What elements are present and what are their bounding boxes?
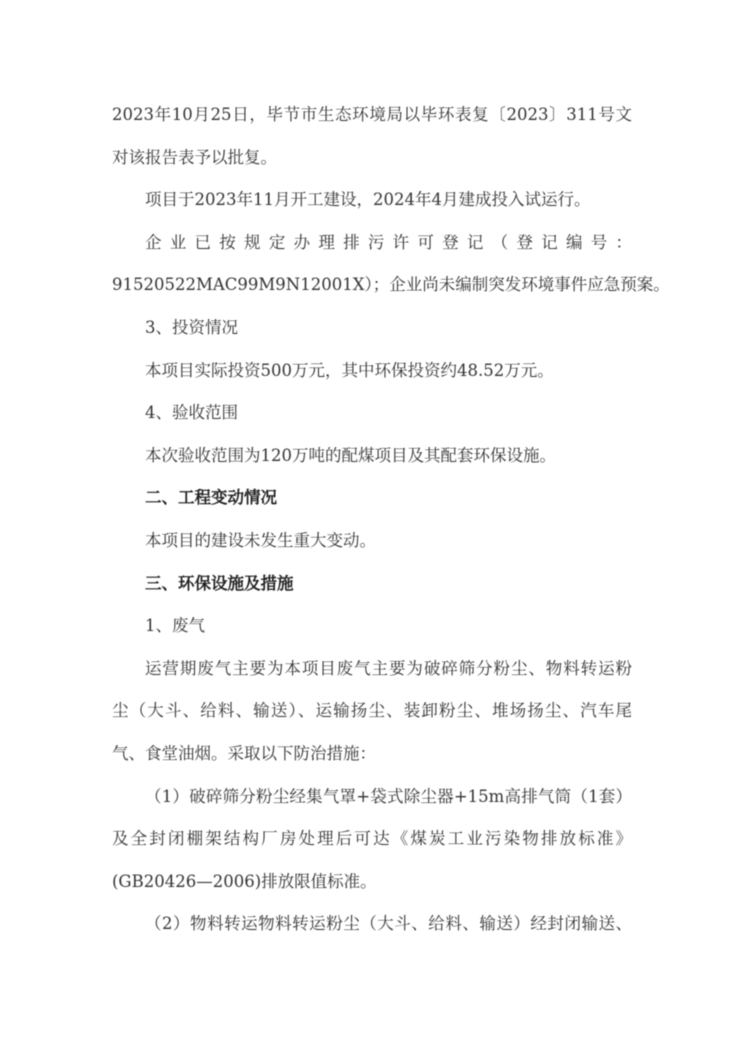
paragraph-line: 本项目实际投资500万元，其中环保投资约48.52万元。 [112, 350, 632, 393]
paragraph-line: （2）物料转运物料转运粉尘（大斗、给料、输送）经封闭输送、 [112, 903, 632, 946]
paragraph-line: 本项目的建设未发生重大变动。 [112, 520, 632, 563]
paragraph-line: 2023年10月25日，毕节市生态环境局以毕环表复〔2023〕311号文 [112, 94, 632, 137]
section-heading-investment: 3、投资情况 [112, 307, 632, 350]
paragraph-line: 项目于2023年11月开工建设，2024年4月建成投入试运行。 [112, 179, 632, 222]
paragraph-line: 及全封闭棚架结构厂房处理后可达《煤炭工业污染物排放标准》 [112, 818, 632, 861]
paragraph-line: 企业已按规定办理排污许可登记（登记编号： [112, 222, 632, 265]
section-heading-acceptance-scope: 4、验收范围 [112, 392, 632, 435]
paragraph-line: （1）破碎筛分粉尘经集气罩+袋式除尘器+15m高排气筒（1套） [112, 776, 632, 819]
paragraph-line: (GB20426—2006)排放限值标准。 [112, 861, 632, 904]
paragraph-line: 尘（大斗、给料、输送）、运输扬尘、装卸粉尘、堆场扬尘、汽车尾 [112, 690, 632, 733]
document-page: 2023年10月25日，毕节市生态环境局以毕环表复〔2023〕311号文 对该报… [112, 94, 632, 946]
section-heading-environmental-facilities: 三、环保设施及措施 [112, 563, 632, 606]
section-heading-engineering-changes: 二、工程变动情况 [112, 477, 632, 520]
paragraph-line: 对该报告表予以批复。 [112, 137, 632, 180]
paragraph-line: 气、食堂油烟。采取以下防治措施： [112, 733, 632, 776]
paragraph-line: 本次验收范围为120万吨的配煤项目及其配套环保设施。 [112, 435, 632, 478]
section-heading-exhaust-gas: 1、废气 [112, 605, 632, 648]
paragraph-line: 运营期废气主要为本项目废气主要为破碎筛分粉尘、物料转运粉 [112, 648, 632, 691]
paragraph-line: 91520522MAC99M9N12001X）；企业尚未编制突发环境事件应急预案… [112, 264, 632, 307]
